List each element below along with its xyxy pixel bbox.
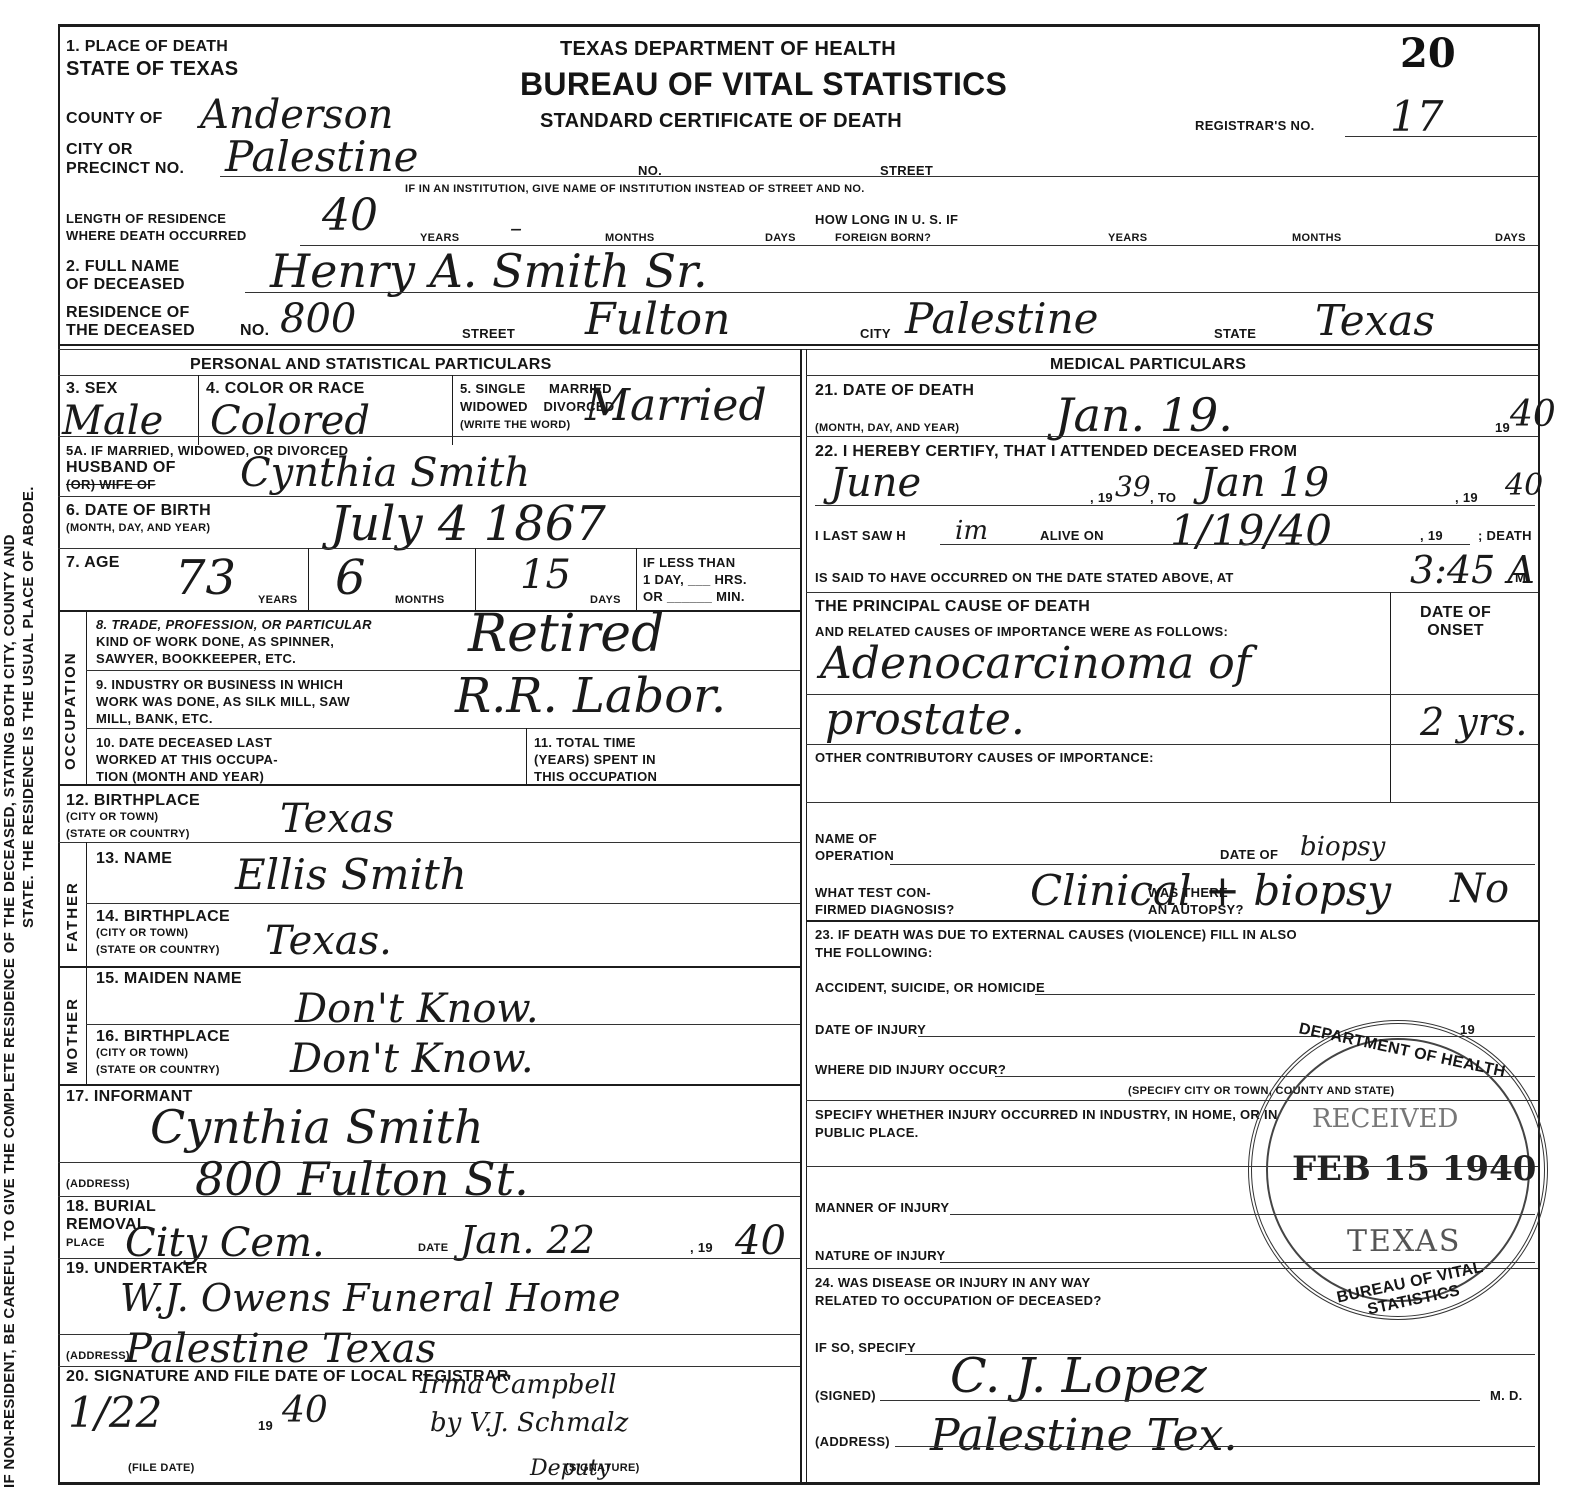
external-label: 23. IF DEATH WAS DUE TO EXTERNAL CAUSES … [815,926,1297,962]
residence-label-line2: THE DECEASED [66,322,195,340]
age-years-value: 73 [175,550,236,606]
injury-specify-line1: SPECIFY WHETHER INJURY OCCURRED IN INDUS… [815,1106,1278,1124]
med-line-1 [806,436,1538,437]
operation-date-value: biopsy [1300,832,1385,862]
residence-length-line1: LENGTH OF RESIDENCE [66,210,247,227]
med-line-6 [806,920,1538,922]
mother-divider [86,966,87,1084]
birthplace-line3: (STATE OR COUNTRY) [66,826,200,843]
md-label: M. D. [1490,1388,1523,1403]
age-years-label: YEARS [258,594,297,606]
stamp-received: RECEIVED [1312,1104,1458,1134]
row-line-1 [58,436,800,437]
occupation-related-label: 24. WAS DISEASE OR INJURY IN ANY WAY REL… [815,1274,1102,1310]
birthplace-line2: (CITY OR TOWN) [66,809,200,826]
received-stamp: DEPARTMENT OF HEALTH RECEIVED FEB 15 194… [1248,1020,1548,1320]
nature-label: NATURE OF INJURY [815,1248,945,1263]
registrar-signature: Irma Campbell [420,1370,616,1400]
age-months-label: MONTHS [395,594,444,606]
birthplace-value: Texas [280,796,394,842]
years-label: YEARS [420,232,459,244]
cause-line2-value: prostate. [825,694,1025,745]
med-line-4 [806,744,1538,745]
mother-side-label: MOTHER [64,997,81,1074]
attended-from-year: 39 [1115,470,1151,503]
trade-label: 8. TRADE, PROFESSION, OR PARTICULAR KIND… [96,616,372,667]
name-line [245,292,1538,293]
onset-label: DATE OF ONSET [1420,604,1491,640]
less-than-label: IF LESS THAN 1 DAY, ___ HRS. OR ______ M… [643,554,747,605]
alive-year-prefix: , 19 [1420,528,1443,543]
city-label-line1: CITY OR [66,140,184,159]
physician-address-label: (ADDRESS) [815,1434,890,1449]
frame-top [58,24,1540,27]
row-line-7 [58,784,800,786]
alive-on-value: 1/19/40 [1170,506,1332,555]
file-year-value: 40 [282,1390,328,1431]
undertaker-address-label: (ADDRESS) [66,1350,130,1362]
county-label: COUNTY OF [66,110,163,128]
race-value: Colored [210,398,370,444]
age-months-value: 6 [335,550,366,606]
accident-label: ACCIDENT, SUICIDE, OR HOMICIDE [815,980,1045,995]
residence-city-label: CITY [860,326,891,341]
registrar-no-label: REGISTRAR'S NO. [1195,118,1315,133]
sex-value: Male [62,398,163,444]
last-saw-label: I LAST SAW H [815,528,906,543]
days-label: DAYS [765,232,796,244]
onset-value: 2 yrs. [1420,700,1527,744]
race-label: 4. COLOR OR RACE [206,380,365,398]
city-line [220,176,1538,177]
signed-label: (SIGNED) [815,1388,876,1403]
bureau-title: BUREAU OF VITAL STATISTICS [520,66,1007,103]
burial-line1: 18. BURIAL [66,1198,156,1216]
row-line-8 [58,842,800,843]
mother-bp-line2: (CITY OR TOWN) [96,1045,230,1062]
residence-street-value: Fulton [585,294,730,345]
registrar-no-value: 17 [1390,92,1443,141]
dob-label: 6. DATE OF BIRTH [66,502,211,520]
industry-line3: MILL, BANK, ETC. [96,710,350,727]
onset-divider [1390,592,1391,802]
residence-street-label: STREET [462,326,515,341]
row-line-4 [58,610,800,612]
operation-date-label: DATE OF [1220,847,1278,862]
row-line-10 [58,966,800,968]
father-bp-line3: (STATE OR COUNTRY) [96,942,230,959]
onset-line1: DATE OF [1420,604,1491,622]
city-value: Palestine [225,132,418,181]
institution-note: IF IN AN INSTITUTION, GIVE NAME OF INSTI… [405,183,865,195]
father-name-value: Ellis Smith [235,850,467,899]
age-days-value: 15 [520,552,571,598]
signed-line [880,1400,1480,1401]
file-number: 20 [1400,30,1456,77]
autopsy-line1: WAS THERE [1148,884,1244,901]
operation-label: NAME OF OPERATION [815,830,894,864]
us-days-label: DAYS [1495,232,1526,244]
stamp-state: TEXAS [1347,1224,1461,1259]
signature-label: (SIGNATURE) [565,1462,640,1474]
street-label: STREET [880,163,933,178]
less-than-line3: OR ______ MIN. [643,588,747,605]
sex-label: 3. SEX [66,380,118,398]
residence-no-label: NO. [240,322,269,340]
less-than-line2: 1 DAY, ___ HRS. [643,571,747,588]
father-bp-value: Texas. [265,918,392,964]
undertaker-value: W.J. Owens Funeral Home [120,1276,621,1320]
medical-section-title: MEDICAL PARTICULARS [1050,356,1246,374]
occupation-divider [86,610,87,784]
spouse-value: Cynthia Smith [240,450,530,496]
dod-year-prefix: 19 [1495,420,1510,435]
med-line-2 [806,592,1538,593]
file-date-value: 1/22 [68,1388,162,1437]
mother-name-value: Don't Know. [295,986,539,1032]
father-divider [86,842,87,966]
us-label1: HOW LONG IN U. S. IF [815,212,958,227]
physician-address-value: Palestine Tex. [930,1410,1237,1461]
residence-state-value: Texas [1315,296,1435,345]
physician-signature: C. J. Lopez [950,1348,1207,1404]
last-worked-line1: 10. DATE DECEASED LAST [96,734,278,751]
residence-months-value: – [510,214,522,242]
attended-from-value: June [830,460,921,506]
residence-divider [58,344,1540,346]
last-worked-label: 10. DATE DECEASED LAST WORKED AT THIS OC… [96,734,278,785]
mother-bp-line3: (STATE OR COUNTRY) [96,1062,230,1079]
age-label: 7. AGE [66,554,120,572]
external-line2: THE FOLLOWING: [815,944,1297,962]
dob-sub-label: (MONTH, DAY, AND YEAR) [66,522,210,534]
father-bp-line2: (CITY OR TOWN) [96,925,230,942]
residence-years-value: 40 [322,190,378,241]
birthplace-line1: 12. BIRTHPLACE [66,792,200,809]
no-label: NO. [638,163,662,178]
informant-address-value: 800 Fulton St. [195,1152,529,1206]
to-label: , TO [1150,490,1176,505]
occurred-label: IS SAID TO HAVE OCCURRED ON THE DATE STA… [815,570,1234,585]
months-label: MONTHS [605,232,654,244]
cause-line1-value: Adenocarcinoma of [820,638,1251,689]
last-worked-line2: WORKED AT THIS OCCUPA- [96,751,278,768]
row-line-17 [58,1366,800,1367]
city-label-line2: PRECINCT NO. [66,159,184,178]
residence-length-label: LENGTH OF RESIDENCE WHERE DEATH OCCURRED [66,210,247,244]
injury-where-label: WHERE DID INJURY OCCUR? [815,1062,1006,1077]
race-divider [452,375,453,445]
total-time-line2: (YEARS) SPENT IN [534,751,657,768]
occupation-related-line2: RELATED TO OCCUPATION OF DECEASED? [815,1292,1102,1310]
attended-to-year-prefix: , 19 [1455,490,1478,505]
residence-divider-2 [58,349,1540,350]
file-year-prefix: 19 [258,1418,273,1433]
frame-left [58,24,60,1484]
age-divider-2 [475,548,476,610]
medical-title-line [806,375,1538,376]
total-time-line3: THIS OCCUPATION [534,768,657,785]
residence-city-value: Palestine [905,294,1098,343]
autopsy-value: No [1450,866,1509,912]
mother-bp-value: Don't Know. [290,1036,534,1082]
father-side-label: FATHER [64,881,81,952]
residence-state-label: STATE [1214,326,1256,341]
total-time-label: 11. TOTAL TIME (YEARS) SPENT IN THIS OCC… [534,734,657,785]
accident-line [1035,994,1535,995]
burial-date-value: Jan. 22 [460,1218,595,1262]
dod-sub-label: (MONTH, DAY, AND YEAR) [815,422,959,434]
full-name-label-line1: 2. FULL NAME [66,258,185,276]
personal-section-title: PERSONAL AND STATISTICAL PARTICULARS [190,356,552,374]
sex-divider [198,375,199,445]
last-worked-line3: TION (MONTH AND YEAR) [96,768,278,785]
mother-bp-line1: 16. BIRTHPLACE [96,1028,230,1045]
full-name-label-line2: OF DECEASED [66,276,185,294]
age-divider-3 [636,548,637,610]
father-bp-label: 14. BIRTHPLACE (CITY OR TOWN) (STATE OR … [96,908,230,959]
injury-specify-line2: PUBLIC PLACE. [815,1124,1278,1142]
row-line-14 [58,1196,800,1197]
death-label: ; DEATH [1478,528,1532,543]
row-line-3 [58,548,800,549]
residence-length-line2: WHERE DEATH OCCURRED [66,227,247,244]
side-note-line1: IF NON-RESIDENT, BE CAREFUL TO GIVE THE … [0,8,19,1488]
mother-name-label: 15. MAIDEN NAME [96,970,242,988]
residence-label: RESIDENCE OF THE DECEASED [66,304,195,340]
us-label2: FOREIGN BORN? [835,232,931,244]
test-line2: FIRMED DIAGNOSIS? [815,901,954,918]
side-instruction-note: IF NON-RESIDENT, BE CAREFUL TO GIVE THE … [0,8,38,1488]
less-than-line1: IF LESS THAN [643,554,747,571]
form-title: STANDARD CERTIFICATE OF DEATH [540,110,902,133]
marital-value: Married [585,380,767,431]
external-line1: 23. IF DEATH WAS DUE TO EXTERNAL CAUSES … [815,926,1297,944]
personal-title-line [58,375,800,376]
informant-address-label: (ADDRESS) [66,1178,130,1190]
column-divider [800,349,802,1482]
dod-label: 21. DATE OF DEATH [815,382,974,400]
burial-date-label: DATE [418,1242,448,1254]
cause-sub-label: AND RELATED CAUSES OF IMPORTANCE WERE AS… [815,624,1228,639]
operation-line [890,864,1535,865]
row-line-9 [86,903,800,904]
trade-line2: KIND OF WORK DONE, AS SPINNER, [96,633,372,650]
place-of-death-label: 1. PLACE OF DEATH [66,38,228,56]
med-line-5 [806,802,1538,803]
industry-label: 9. INDUSTRY OR BUSINESS IN WHICH WORK WA… [96,676,350,727]
dob-value: July 4 1867 [330,496,606,552]
if-so-label: IF SO, SPECIFY [815,1340,916,1355]
total-time-line1: 11. TOTAL TIME [534,734,657,751]
attended-to-value: Jan 19 [1200,460,1329,506]
birthplace-label: 12. BIRTHPLACE (CITY OR TOWN) (STATE OR … [66,792,200,843]
mother-bp-label: 16. BIRTHPLACE (CITY OR TOWN) (STATE OR … [96,1028,230,1079]
stamp-date: FEB 15 1940 [1292,1149,1536,1189]
injury-date-label: DATE OF INJURY [815,1022,926,1037]
trade-line3: SAWYER, BOOKKEEPER, ETC. [96,650,372,667]
attended-from-year-prefix: , 19 [1090,490,1113,505]
city-label: CITY OR PRECINCT NO. [66,140,184,178]
us-years-label: YEARS [1108,232,1147,244]
total-time-divider [526,728,527,784]
file-date-label: (FILE DATE) [128,1462,195,1474]
occupation-side-label: OCCUPATION [62,651,79,770]
father-bp-line1: 14. BIRTHPLACE [96,908,230,925]
informant-value: Cynthia Smith [150,1100,484,1154]
attended-to-year: 40 [1505,468,1543,503]
row-line-6 [86,728,800,729]
alive-on-label: ALIVE ON [1040,528,1104,543]
industry-line2: WORK WAS DONE, AS SILK MILL, SAW [96,693,350,710]
industry-value: R.R. Labor. [455,668,726,724]
onset-line2: ONSET [1420,622,1491,640]
burial-year-prefix: , 19 [690,1240,713,1255]
residence-no-value: 800 [280,296,356,342]
dod-value: Jan. 19. [1055,388,1233,442]
full-name-label: 2. FULL NAME OF DECEASED [66,258,185,294]
frame-right [1538,24,1540,1482]
last-saw-line [940,544,1470,545]
column-divider-2 [806,349,807,1482]
test-label: WHAT TEST CON- FIRMED DIAGNOSIS? [815,884,954,918]
trade-line1: 8. TRADE, PROFESSION, OR PARTICULAR [96,616,372,633]
dod-year-value: 40 [1510,394,1556,435]
cause-label: THE PRINCIPAL CAUSE OF DEATH [815,598,1090,616]
row-line-15 [58,1258,800,1259]
registrar-signature-by: by V.J. Schmalz [430,1408,628,1438]
us-months-label: MONTHS [1292,232,1341,244]
frame-bottom [58,1482,1540,1485]
state-of-texas-label: STATE OF TEXAS [66,58,238,81]
last-saw-pronoun: im [955,516,988,546]
registrar-line [1345,136,1537,137]
autopsy-label: WAS THERE AN AUTOPSY? [1148,884,1244,918]
test-line1: WHAT TEST CON- [815,884,954,901]
father-name-label: 13. NAME [96,850,172,868]
row-line-12 [58,1084,800,1086]
autopsy-line2: AN AUTOPSY? [1148,901,1244,918]
age-divider-1 [308,548,309,610]
trade-value: Retired [468,604,664,664]
deceased-name-value: Henry A. Smith Sr. [270,244,708,298]
side-note-line2: STATE. THE RESIDENCE IS THE USUAL PLACE … [19,8,38,1488]
residence-label-line1: RESIDENCE OF [66,304,195,322]
operation-line2: OPERATION [815,847,894,864]
occupation-related-line1: 24. WAS DISEASE OR INJURY IN ANY WAY [815,1274,1102,1292]
operation-line1: NAME OF [815,830,894,847]
certify-label: 22. I HEREBY CERTIFY, THAT I ATTENDED DE… [815,443,1297,461]
row-line-11 [86,1024,800,1025]
industry-line1: 9. INDUSTRY OR BUSINESS IN WHICH [96,676,350,693]
time-suffix: M. [1515,570,1530,585]
injury-specify-label: SPECIFY WHETHER INJURY OCCURRED IN INDUS… [815,1106,1278,1142]
manner-label: MANNER OF INJURY [815,1200,949,1215]
other-causes-label: OTHER CONTRIBUTORY CAUSES OF IMPORTANCE: [815,750,1154,765]
dept-title: TEXAS DEPARTMENT OF HEALTH [560,38,896,61]
physician-address-line [895,1446,1535,1447]
